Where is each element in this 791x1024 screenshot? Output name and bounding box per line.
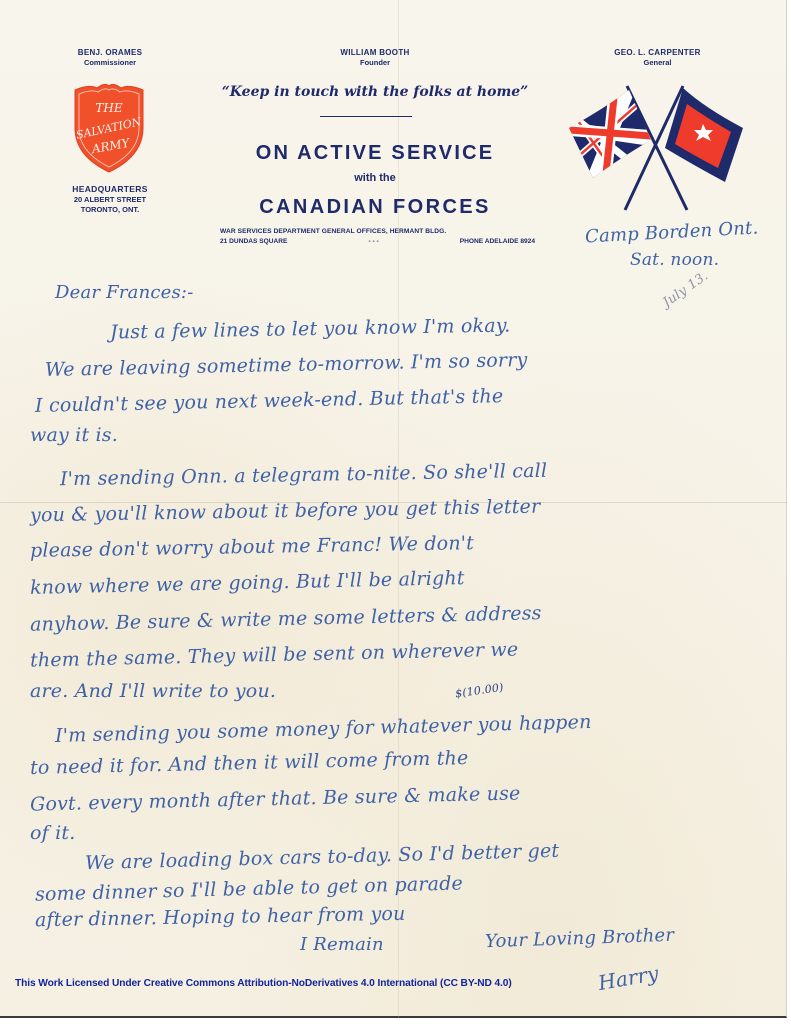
address-separator: - - - [368, 238, 378, 245]
founder-title: Founder [210, 58, 540, 68]
letter-closing-remain: I Remain [300, 934, 384, 955]
hq-street: 20 ALBERT STREET [40, 195, 180, 205]
commissioner-title: Commissioner [40, 58, 180, 68]
motto: “Keep in touch with the folks at home” [210, 84, 540, 100]
hq-city: TORONTO, ONT. [40, 205, 180, 215]
general-block: GEO. L. CARPENTER General [590, 47, 725, 68]
heading-connector: with the [210, 172, 540, 184]
founder-block: WILLIAM BOOTH Founder [210, 47, 540, 68]
address-line-1: WAR SERVICES DEPARTMENT GENERAL OFFICES,… [220, 228, 535, 235]
general-title: General [590, 58, 725, 68]
motto-divider [320, 116, 412, 117]
address-line-2: 21 DUNDAS SQUARE - - - PHONE ADELAIDE 89… [220, 238, 535, 245]
address-street: 21 DUNDAS SQUARE [220, 238, 287, 245]
address-phone: PHONE ADELAIDE 8924 [460, 238, 535, 245]
general-name: GEO. L. CARPENTER [590, 47, 725, 58]
commissioner-name: BENJ. ORAMES [40, 47, 180, 58]
letter-line: are. And I'll write to you. [30, 680, 276, 702]
commissioner-block: BENJ. ORAMES Commissioner [40, 47, 180, 68]
founder-name: WILLIAM BOOTH [210, 47, 540, 58]
hq-label: HEADQUARTERS [40, 184, 180, 195]
license-notice: This Work Licensed Under Creative Common… [15, 978, 512, 989]
union-jack-flag-icon [565, 84, 651, 188]
salvation-army-shield-icon: THE SALVATION ARMY [69, 80, 149, 174]
crossed-flags-icon [565, 78, 745, 213]
headquarters-block: HEADQUARTERS 20 ALBERT STREET TORONTO, O… [40, 184, 180, 215]
letter-line: way it is. [30, 424, 118, 446]
letter-day: Sat. noon. [630, 250, 719, 270]
heading-on-active-service: ON ACTIVE SERVICE [210, 142, 540, 165]
heading-canadian-forces: CANADIAN FORCES [210, 196, 540, 219]
letter-salutation: Dear Frances:- [55, 282, 193, 303]
shield-text-1: THE [95, 101, 122, 115]
letter-line: of it. [30, 822, 75, 844]
